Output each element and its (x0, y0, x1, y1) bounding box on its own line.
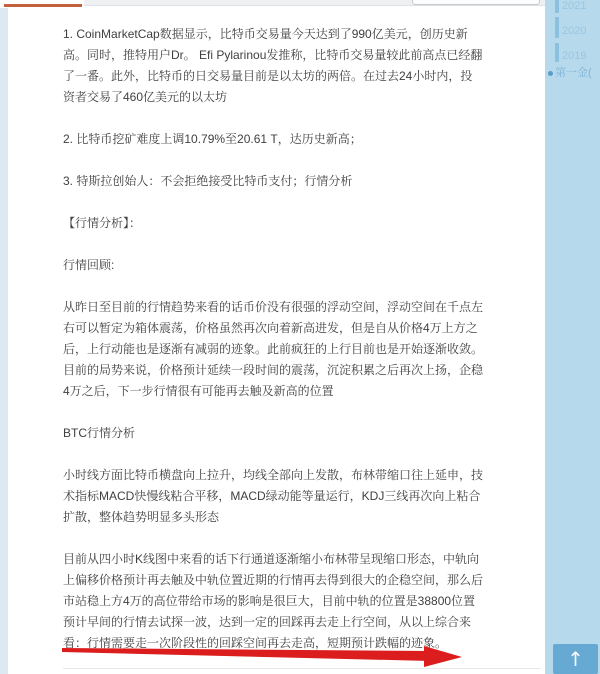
red-arrow-head (424, 646, 462, 667)
page-left-margin (0, 8, 8, 674)
timeline-sidebar: 2021 2020 2019 第一金( ↑ (545, 0, 600, 674)
article-paragraph: 【行情分析】： (63, 213, 483, 234)
timeline-year-2019[interactable]: 2019 (562, 50, 586, 63)
timeline-bullet-icon (548, 71, 553, 76)
article-body: 1. CoinMarketCap数据显示，比特币交易量今天达到了990亿美元，创… (63, 24, 483, 674)
active-tab-indicator (4, 4, 82, 7)
timeline-archive-item[interactable]: 第一金( (555, 66, 592, 80)
article-paragraph: 3. 特斯拉创始人：不会拒绝接受比特币支付；行情分析 (63, 171, 483, 192)
back-to-top-button[interactable]: ↑ (553, 644, 598, 674)
timeline-year-2021[interactable]: 2021 (562, 0, 586, 13)
article-paragraph: 行情回顾: (63, 255, 483, 276)
red-arrow-shaft (62, 648, 430, 661)
search-input-partial[interactable] (412, 0, 540, 5)
article-paragraph: 1. CoinMarketCap数据显示，比特币交易量今天达到了990亿美元，创… (63, 24, 483, 108)
article-paragraph: 目前从四小时K线图中来看的话下行通道逐渐缩小布林带呈现缩口形态，中轨向上偏移价格… (63, 549, 483, 654)
article-paragraph: BTC行情分析 (63, 423, 483, 444)
up-arrow-icon: ↑ (567, 649, 584, 669)
timeline-bar-segment (555, 43, 559, 62)
article-paragraph: 小时线方面比特币横盘向上拉升，均线全部向上发散，布林带缩口往上延申，技术指标MA… (63, 465, 483, 528)
red-arrow-annotation (62, 645, 464, 669)
article-paragraph: 从昨日至目前的行情趋势来看的话币价没有很强的浮动空间，浮动空间在千点左右可以暂定… (63, 297, 483, 402)
header-bottom-edge (0, 0, 545, 8)
article-paragraph: 2. 比特币挖矿难度上调10.79%至20.61 T，达历史新高； (63, 129, 483, 150)
timeline-bar-segment (555, 17, 559, 38)
timeline-year-2020[interactable]: 2020 (562, 25, 586, 38)
timeline-bar-segment (555, 0, 559, 13)
